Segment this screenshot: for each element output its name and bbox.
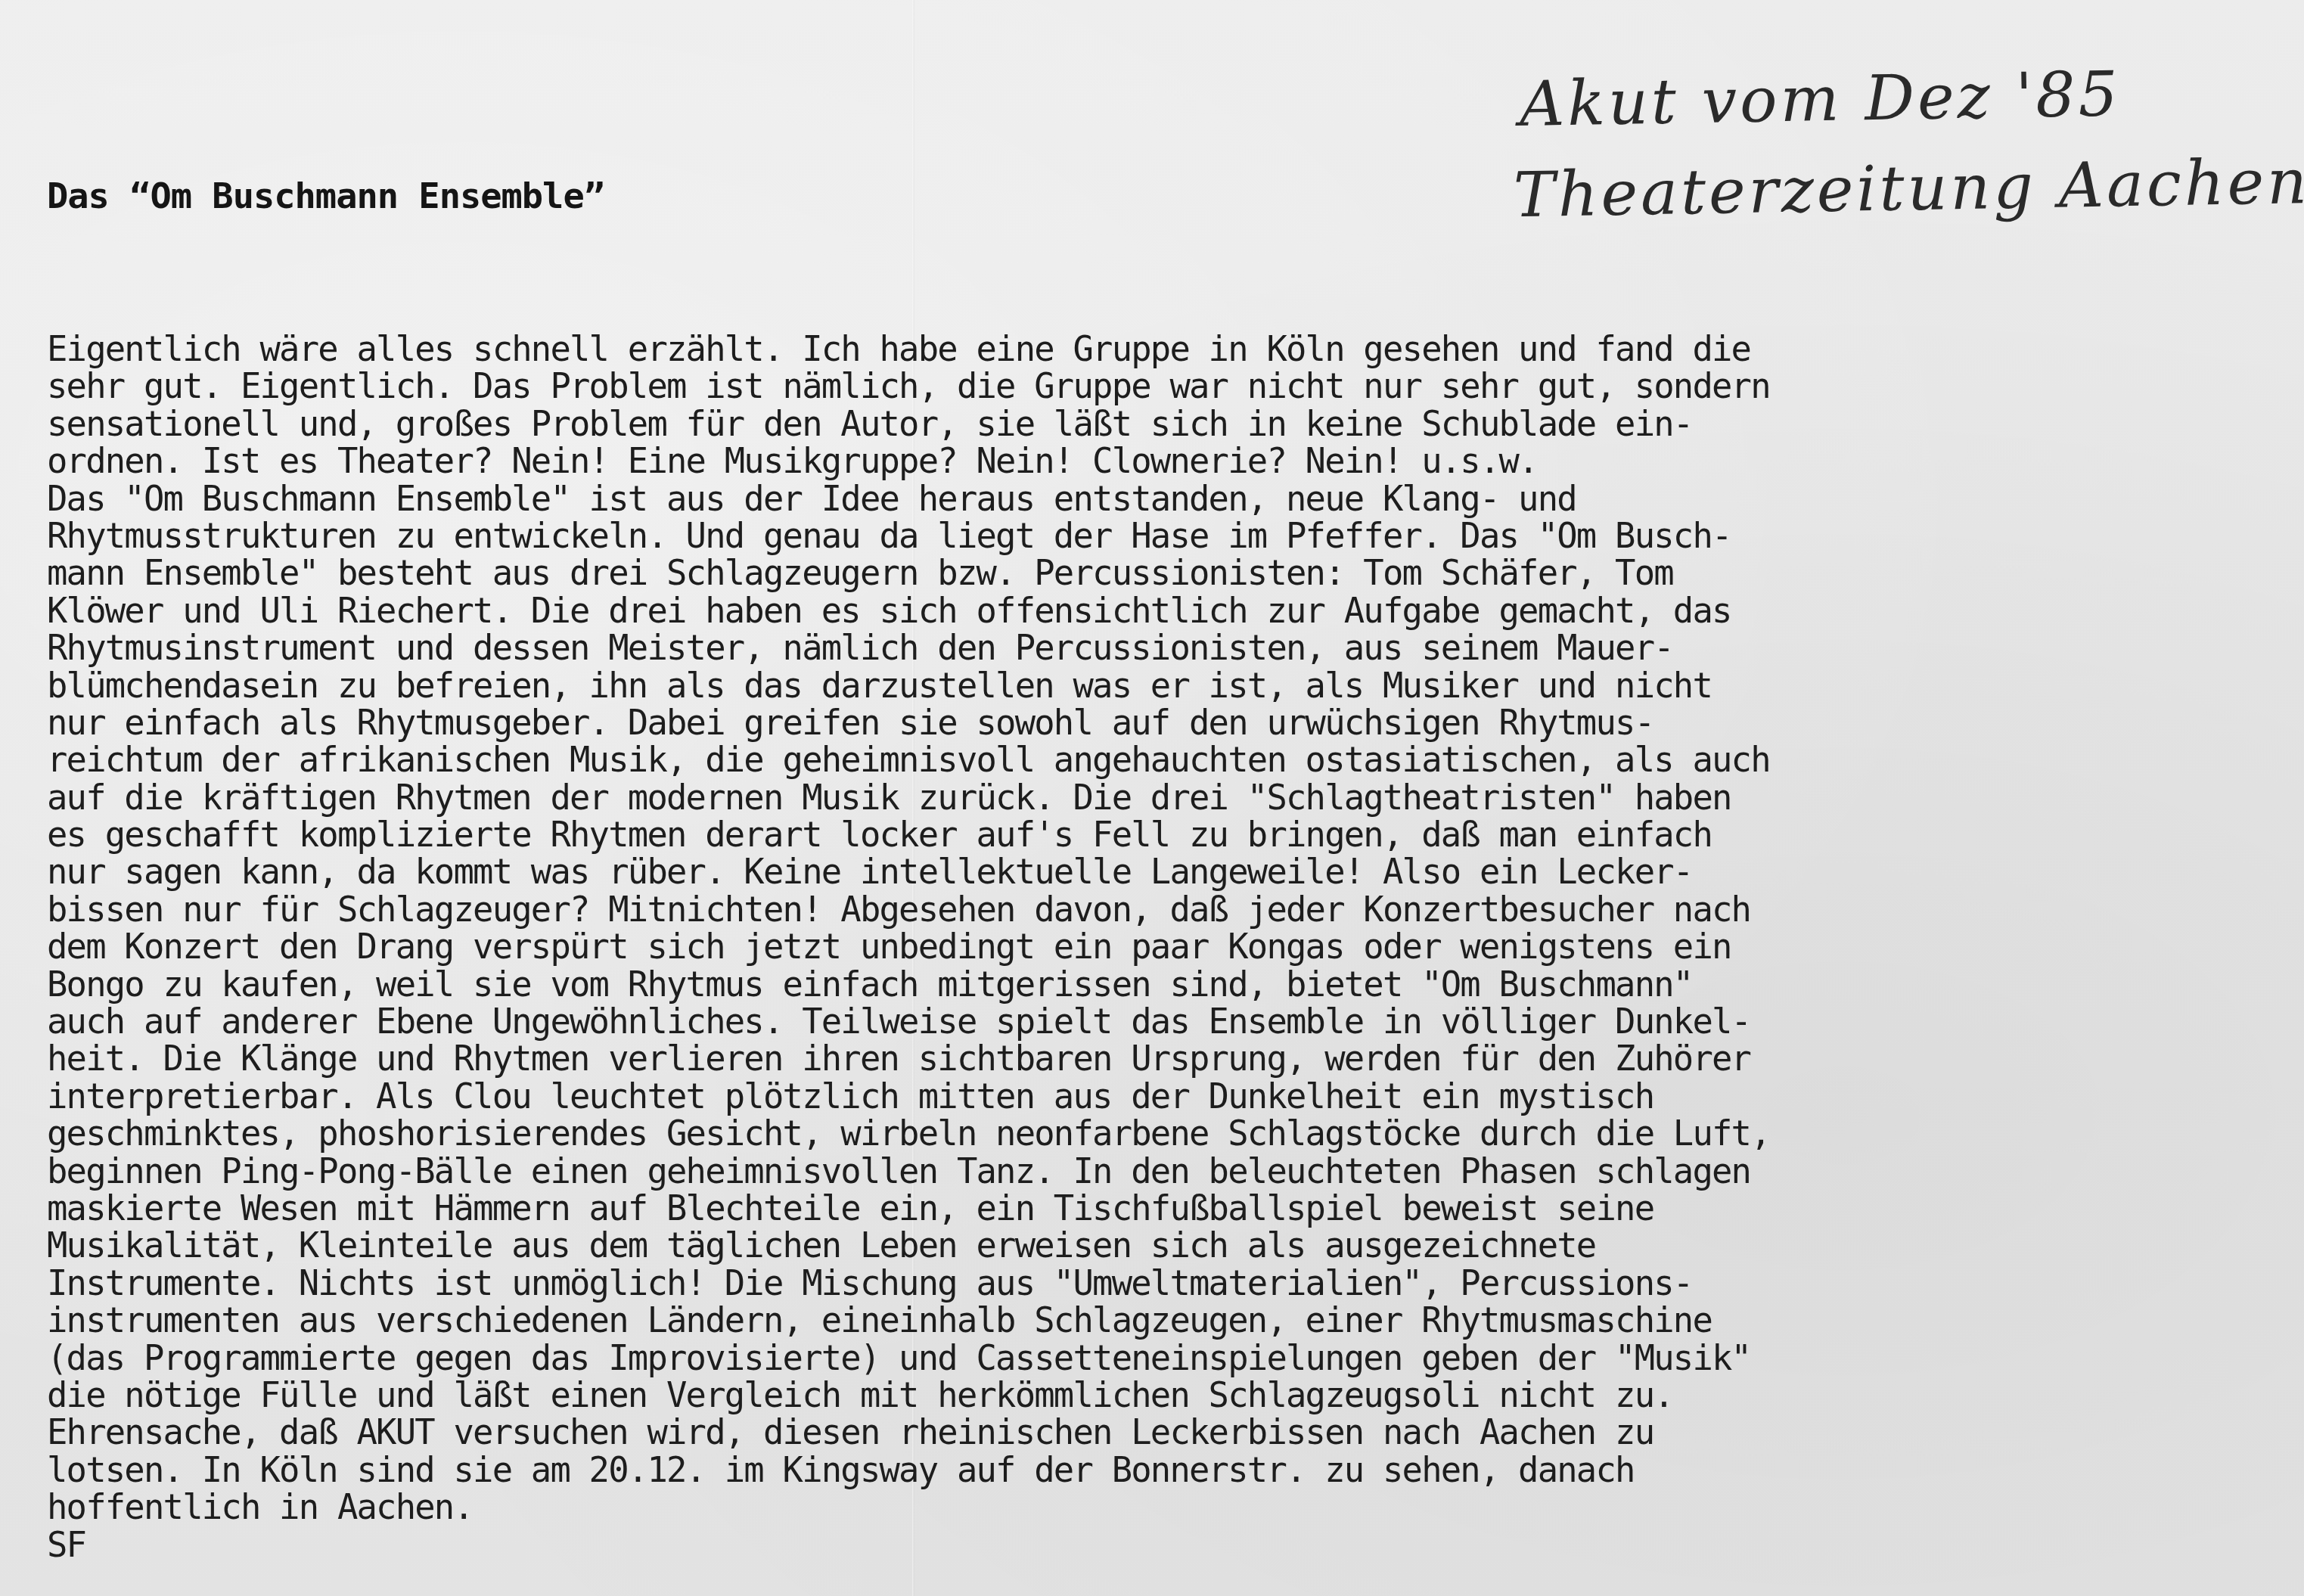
article-line: Rhytmusstrukturen zu entwickeln. Und gen…: [47, 517, 1770, 554]
author-signature: SF: [47, 1526, 1770, 1563]
article-line: hoffentlich in Aachen.: [47, 1489, 1770, 1526]
article-line: reichtum der afrikanischen Musik, die ge…: [47, 741, 1770, 778]
article-line: (das Programmierte gegen das Improvisier…: [47, 1340, 1770, 1377]
article-line: nur sagen kann, da kommt was rüber. Kein…: [47, 853, 1770, 890]
article-line: mann Ensemble" besteht aus drei Schlagze…: [47, 554, 1770, 592]
article-line: interpretierbar. Als Clou leuchtet plötz…: [47, 1078, 1770, 1115]
article-line: bissen nur für Schlagzeuger? Mitnichten!…: [47, 891, 1770, 928]
article-line: Rhytmusinstrument und dessen Meister, nä…: [47, 629, 1770, 666]
article-line: auf die kräftigen Rhytmen der modernen M…: [47, 779, 1770, 816]
article-line: instrumenten aus verschiedenen Ländern, …: [47, 1302, 1770, 1339]
article-line: beginnen Ping-Pong-Bälle einen geheimnis…: [47, 1153, 1770, 1190]
handwritten-note-line-1: Akut vom Dez '85: [1519, 46, 2304, 151]
article-line: die nötige Fülle und läßt einen Vergleic…: [47, 1377, 1770, 1414]
handwritten-note: Akut vom Dez '85 Theaterzeitung Aachen: [1519, 46, 2304, 241]
article-line: Bongo zu kaufen, weil sie vom Rhytmus ei…: [47, 966, 1770, 1003]
article-line: Eigentlich wäre alles schnell erzählt. I…: [47, 331, 1770, 368]
article-line: lotsen. In Köln sind sie am 20.12. im Ki…: [47, 1452, 1770, 1489]
article-line: Ehrensache, daß AKUT versuchen wird, die…: [47, 1414, 1770, 1451]
handwritten-note-line-2: Theaterzeitung Aachen: [1513, 137, 2304, 241]
article-line: nur einfach als Rhytmusgeber. Dabei grei…: [47, 704, 1770, 741]
article-line: geschminktes, phoshorisierendes Gesicht,…: [47, 1115, 1770, 1152]
article-title: Das “Om Buschmann Ensemble”: [47, 175, 604, 217]
article-line: Musikalität, Kleinteile aus dem tägliche…: [47, 1227, 1770, 1264]
article-line: Instrumente. Nichts ist unmöglich! Die M…: [47, 1265, 1770, 1302]
article-line: ordnen. Ist es Theater? Nein! Eine Musik…: [47, 442, 1770, 480]
article-body: Eigentlich wäre alles schnell erzählt. I…: [47, 331, 1770, 1563]
article-line: heit. Die Klänge und Rhytmen verlieren i…: [47, 1040, 1770, 1077]
article-line: auch auf anderer Ebene Ungewöhnliches. T…: [47, 1003, 1770, 1040]
article-line: sehr gut. Eigentlich. Das Problem ist nä…: [47, 368, 1770, 405]
article-line: es geschafft komplizierte Rhytmen derart…: [47, 816, 1770, 853]
article-line: Das "Om Buschmann Ensemble" ist aus der …: [47, 480, 1770, 517]
article-line: blümchendasein zu befreien, ihn als das …: [47, 667, 1770, 704]
article-line: maskierte Wesen mit Hämmern auf Blechtei…: [47, 1190, 1770, 1227]
article-line: dem Konzert den Drang verspürt sich jetz…: [47, 928, 1770, 965]
article-line: sensationell und, großes Problem für den…: [47, 405, 1770, 442]
article-line: Klöwer und Uli Riechert. Die drei haben …: [47, 592, 1770, 629]
